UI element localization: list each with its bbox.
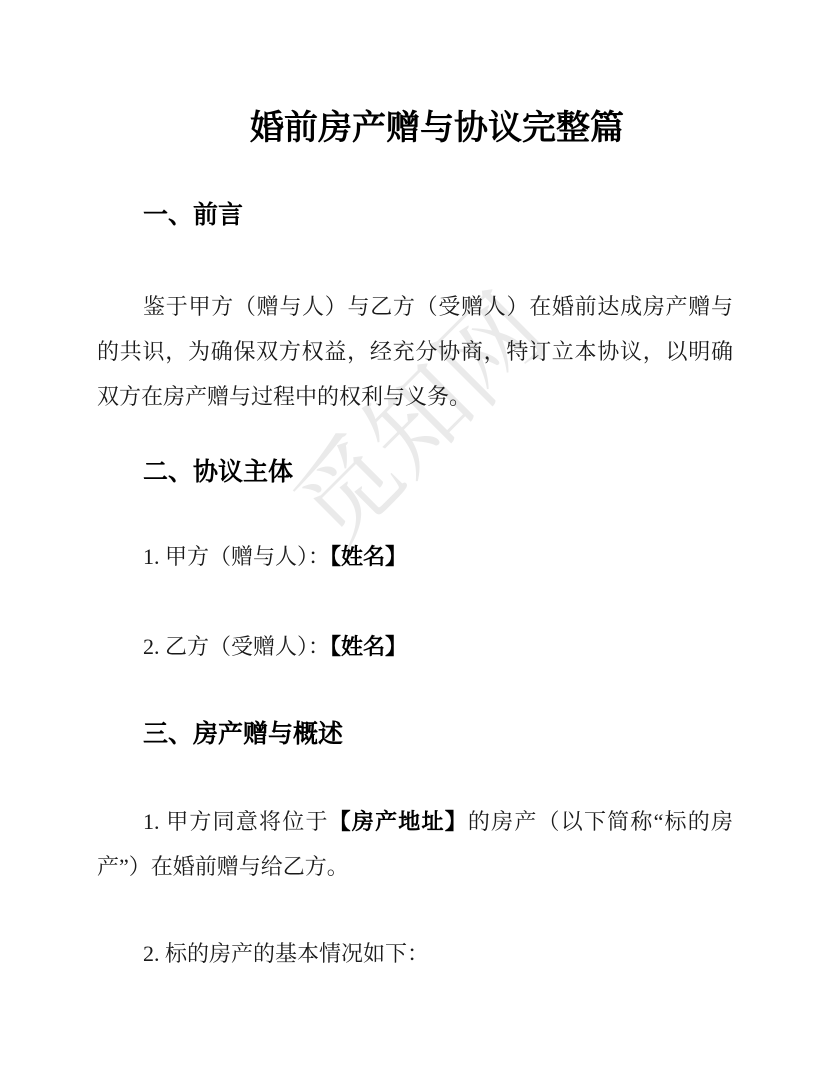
property-address-placeholder: 【房产地址】 bbox=[329, 809, 468, 834]
gift-clause-line: 1. 甲方同意将位于【房产地址】的房产（以下简称“标的房产”）在婚前赠与给乙方。 bbox=[97, 799, 733, 889]
document-title: 婚前房产赠与协议完整篇 bbox=[97, 104, 733, 152]
section-heading-gift-overview: 三、房产赠与概述 bbox=[97, 719, 733, 749]
party-a-label: 1. 甲方（赠与人）： bbox=[143, 544, 330, 569]
party-a-name-placeholder: 【姓名】 bbox=[330, 544, 407, 569]
preface-paragraph: 鉴于甲方（赠与人）与乙方（受赠人）在婚前达成房产赠与的共识，为确保双方权益，经充… bbox=[97, 284, 733, 419]
party-b-name-placeholder: 【姓名】 bbox=[330, 634, 407, 659]
basic-info-line: 2. 标的房产的基本情况如下： bbox=[97, 931, 733, 976]
party-a-line: 1. 甲方（赠与人）：【姓名】 bbox=[97, 534, 733, 579]
document-content: 婚前房产赠与协议完整篇 一、前言 鉴于甲方（赠与人）与乙方（受赠人）在婚前达成房… bbox=[0, 0, 830, 976]
section-heading-preface: 一、前言 bbox=[97, 200, 733, 230]
gift-clause-prefix: 1. 甲方同意将位于 bbox=[143, 809, 329, 834]
basic-info-label: 2. 标的房产的基本情况如下： bbox=[143, 941, 429, 966]
party-b-label: 2. 乙方（受赠人）： bbox=[143, 634, 330, 659]
party-b-line: 2. 乙方（受赠人）：【姓名】 bbox=[97, 624, 733, 669]
section-heading-parties: 二、协议主体 bbox=[97, 457, 733, 487]
document-page: 觅知网 婚前房产赠与协议完整篇 一、前言 鉴于甲方（赠与人）与乙方（受赠人）在婚… bbox=[0, 0, 830, 1074]
